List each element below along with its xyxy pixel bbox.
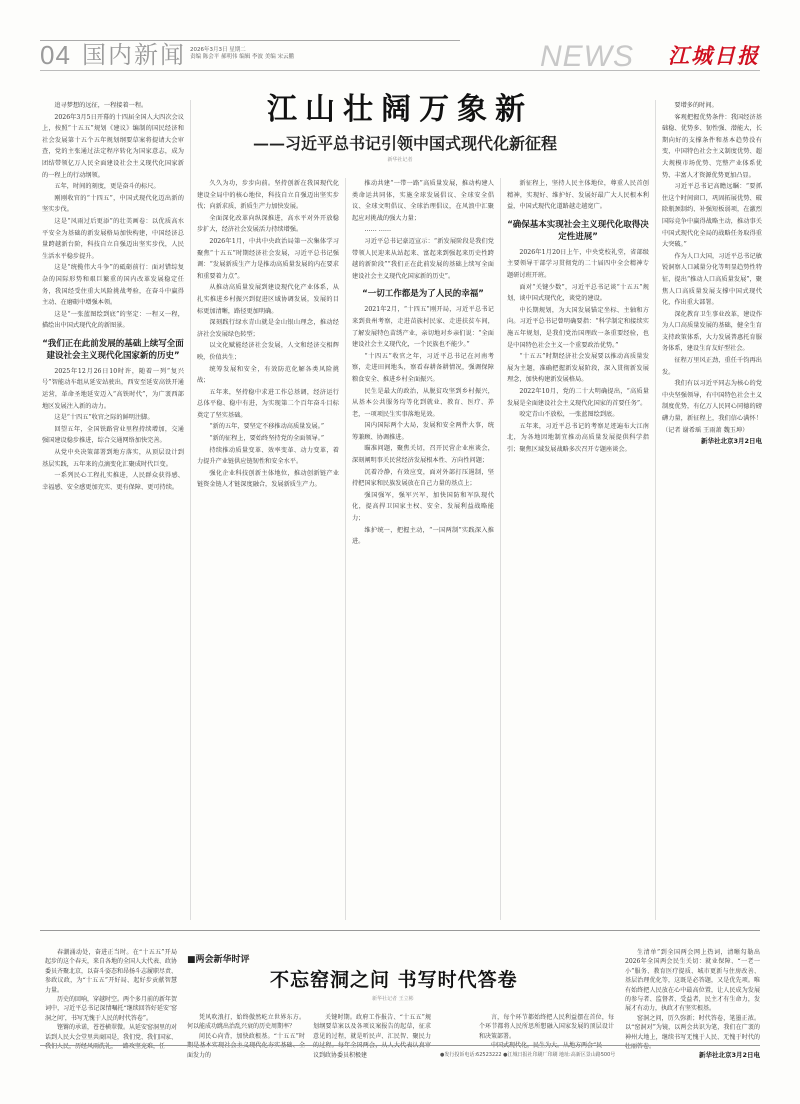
paragraph: 春潮涌动处，奋进正当时。在“十五五”开局起步的这个春天，来自各地的全国人大代表、…: [45, 948, 177, 995]
paragraph: “十五五”时期经济社会发展要以推动高质量发展为主题，准确把握新发展阶段，深入贯彻…: [507, 351, 649, 386]
article-column-5: 要增多的时间。 客观把握优势条件：我国经济基础稳、优势多、韧性强、潜能大，长期向…: [662, 100, 762, 920]
article-byline: 新华社记者: [340, 156, 460, 163]
paragraph: 推动共建“一带一路”高质量发展，推动构建人类命运共同体，实施全球发展倡议、全球安…: [352, 178, 494, 224]
paragraph: 咬定青山不放松，一张蓝图绘到底。: [507, 409, 649, 421]
column-divider: [500, 178, 501, 920]
article-subheadline: ——习近平总书记引领中国式现代化新征程: [240, 134, 570, 154]
paragraph: 2021年2月，“十四五”刚开局，习近平总书记来到贵州考察，走进苗族村民家、走进…: [352, 304, 494, 350]
paragraph: 关键时期。政府工作报告、“十五五”规划纲要草案以及各项议案报告的起草，征求意见的…: [313, 1013, 431, 1060]
paragraph: 2026年1月20日上午，中央党校礼堂，省部级主要领导干部学习贯彻党的二十届四中…: [507, 247, 649, 282]
paragraph: 作为人口大国，习近平总书记敏锐洞察人口减量分化等明显趋势性特征，提出“推动人口高…: [662, 251, 762, 309]
section-subheading: “一切工作都是为了人民的幸福”: [352, 288, 494, 300]
commentary-column-5: 生清单”到全国两会网上热词，清晰勾勒出2026年全国两会民生关切：就业保障、“一…: [625, 948, 760, 1048]
section-subheading: “我们正在此前发展的基础上续写全面建设社会主义现代化国家新的历史”: [42, 338, 184, 362]
paragraph: 回望五年，全国铁路营业里程持续增加，交通强国建设稳步推进，综合交通网络加快完善。: [42, 424, 184, 447]
paragraph: 习近平总书记豪迈宣示：“新发展阶段是我们党带领人民迎来从站起来、富起来到强起来历…: [352, 236, 494, 282]
paragraph: 以文化赋能经济社会发展，人文和经济交相辉映，价值共生；: [197, 340, 339, 363]
paragraph: 强化企业科技创新主体地位，推动创新链产业链资金链人才链深度融合，发展新质生产力。: [197, 468, 339, 491]
header-bottom-rule: [40, 70, 760, 71]
masthead-info: 2026年3月3日 星期二 责编 陈会平 郝明伟 编辑 李波 美编 宋云鹏: [190, 47, 294, 61]
paragraph: 征程万里风正劲，重任千钧再出发。: [662, 355, 762, 378]
paragraph: 统筹发展和安全，有效防范化解各类风险挑战；: [197, 364, 339, 387]
commentary-title: 不忘窑洞之问 书写时代答卷: [270, 965, 518, 992]
paragraph: 这是“十四五”收官之际的鲜明注脚。: [42, 412, 184, 424]
editors-credit: 责编 陈会平 郝明伟 编辑 李波 美编 宋云鹏: [190, 54, 294, 61]
paragraph: 深刻践行绿水青山就是金山银山理念，推动经济社会发展绿色转型；: [197, 317, 339, 340]
page-number: 04: [40, 42, 71, 68]
paragraph: 五年，时间的刻度，更是奋斗的标尺。: [42, 181, 184, 193]
paragraph: 从党中央决策部署到地方落实，从顶层设计到基层实践，五年来的点滴变化汇聚成时代巨变…: [42, 447, 184, 470]
commentary-column-3: 关键时期。政府工作报告、“十五五”规划纲要草案以及各项议案报告的起草，征求意见的…: [313, 1013, 431, 1047]
commentary-column-2: 凭风吹浪打，始终傲然屹立世界东方。何以能成功跳出治乱兴衰的历史周期率？ 问民心向…: [187, 1013, 305, 1047]
paragraph: 国内国际两个大局，发展和安全两件大事，统筹兼顾、协调推进。: [352, 420, 494, 443]
paragraph: 生清单”到全国两会网上热词，清晰勾勒出2026年全国两会民生关切：就业保障、“一…: [625, 948, 760, 1014]
paragraph: 凭风吹浪打，始终傲然屹立世界东方。何以能成功跳出治乱兴衰的历史周期率？: [187, 1013, 305, 1032]
article-column-3: 推动共建“一带一路”高质量发展，推动构建人类命运共同体，实施全球发展倡议、全球安…: [352, 178, 494, 920]
issue-date: 2026年3月3日 星期二: [190, 47, 294, 54]
paragraph: 强国强军，强军兴军，加快国防和军队现代化，提高捍卫国家主权、安全、发展利益战略能…: [352, 490, 494, 525]
paragraph: 面对“关键少数”，习近平总书记谈“十五五”规划，谈中国式现代化，谈党的建设。: [507, 282, 649, 305]
section-name: 国内新闻: [82, 42, 186, 68]
paragraph: 深化教育卫生事业改革，建设作为人口高质量发展的基础，健全生育支持政策体系，大力发…: [662, 309, 762, 355]
paragraph: 瞄准问题，聚焦关切，召开民营企业座谈会，深刻阐明事关民营经济发展根本性、方向性问…: [352, 443, 494, 466]
paragraph: 客观把握优势条件：我国经济基础稳、优势多、韧性强、潜能大，长期向好的支撑条件和基…: [662, 112, 762, 182]
paragraph: 这是“统揽伟大斗争”的砥砺前行：面对错综复杂的国际形势和艰巨繁重的国内改革发展稳…: [42, 262, 184, 308]
commentary-section-label: ■两会新华时评: [187, 952, 250, 965]
footer-divider: [40, 1045, 760, 1046]
paragraph: 这是“一张蓝图绘到底”的坚定：一程又一程，描绘出中国式现代化的新图景。: [42, 309, 184, 332]
paragraph: 刚刚收官的“十四五”，中国式现代化迈出新的坚实步伐。: [42, 193, 184, 216]
paragraph: 维护统一，把握主动，“一国两制”实践深入推进。: [352, 525, 494, 548]
commentary-byline: 新华社记者 王立彬: [372, 995, 414, 1002]
newspaper-logo: 江城日报: [668, 44, 760, 68]
paragraph: 五年来，坚持稳中求进工作总基调，经济运行总体平稳、稳中有进，为实现第二个百年奋斗…: [197, 387, 339, 422]
paragraph: 2025年12月26日10时许，随着一列“复兴号”智能动车组从延安站驶出，西安至…: [42, 366, 184, 412]
paragraph: 2026年1月，中共中央政治局第一次集体学习聚焦“十五五”时期经济社会发展，习近…: [197, 236, 339, 282]
article-column-4: 新征程上，坚持人民主体地位，尊重人民首创精神，实现好、维护好、发展好最广大人民根…: [507, 178, 649, 920]
column-divider: [345, 178, 346, 920]
section-subheading: “确保基本实现社会主义现代化取得决定性进展”: [507, 219, 649, 243]
commentary-intro-column: 春潮涌动处，奋进正当时。在“十五五”开局起步的这个春天，来自各地的全国人大代表、…: [45, 948, 177, 1044]
paragraph: 这是“风雨过后更添”的壮美画卷：以优质高水平安全为基础的新发展格局加快构建，中国…: [42, 216, 184, 262]
article-column-2: 久久为功，步步向前。坚持创新在我国现代化建设全局中的核心地位，科技自立自强迈出坚…: [197, 178, 339, 920]
paragraph: 五年来，习近平总书记的考察足迹遍布大江南北，为各地因地制宜推动高质量发展提供科学…: [507, 421, 649, 456]
column-divider: [655, 100, 656, 920]
paragraph: 2026年3月5日开幕的十四届全国人大四次会议上，按照“十五五”规划《建议》编制…: [42, 112, 184, 182]
paragraph: 一系列民心工程扎实推进，人民群众获得感、幸福感、安全感更加充实、更有保障、更可持…: [42, 470, 184, 493]
paragraph: 新征程上，坚持人民主体地位，尊重人民首创精神，实现好、维护好、发展好最广大人民根…: [507, 178, 649, 213]
paragraph: 追寻梦想的远征，一程接着一程。: [42, 100, 184, 112]
commentary-column-4: 言，每个环节都始终把人民利益摆在首位，每个环节都将人民所思所想融入国家发展的顶层…: [479, 1013, 614, 1047]
article-headline: 江山壮阔万象新: [215, 92, 585, 128]
paragraph: 久久为功，步步向前。坚持创新在我国现代化建设全局中的核心地位，科技自立自强迈出坚…: [197, 178, 339, 213]
paragraph: 民生是最大的政治，从脱贫攻坚到乡村振兴，从基本公共服务均等化到就业、教育、医疗、…: [352, 386, 494, 421]
paragraph: 要增多的时间。: [662, 100, 762, 112]
article-dateline: 新华社北京3月2日电: [701, 436, 762, 448]
news-wordmark: NEWS: [540, 42, 634, 72]
page-footer: ●发行投诉电话:62523222 ●江城日报社印刷厂印刷 地址:高新区景山路50…: [440, 1051, 760, 1058]
paragraph: 中长期规划，为大国发展锚定坐标、主轴和方向。习近平总书记曾明确要指：“科学制定和…: [507, 305, 649, 351]
page-header: 04 国内新闻 2026年3月3日 星期二 责编 陈会平 郝明伟 编辑 李波 美…: [40, 40, 760, 70]
paragraph: 历史的回响，穿越时空。两个多月前的新年贺词中，习近平总书记深情嘱托“继续回答好延…: [45, 995, 177, 1023]
paragraph: 习近平总书记高瞻远瞩：“要抓住这个时间窗口，巩固拓展优势、破除瓶颈制约、补强短板…: [662, 181, 762, 251]
paragraph: 我们有以习近平同志为核心的党中央坚强领导，有中国特色社会主义制度优势，有亿万人民…: [662, 378, 762, 436]
paragraph: 言，每个环节都始终把人民利益摆在首位，每个环节都将人民所思所想融入国家发展的顶层…: [479, 1013, 614, 1041]
paragraph: 2022年10月，党的二十大明确提出，“高质量发展是全面建设社会主义现代化国家的…: [507, 386, 649, 409]
paragraph: 铿锵的承诺，苍苍横翠微。从延安窑洞里的对话到人民大会堂里共商国是，我们党、我们国…: [45, 1023, 177, 1051]
paragraph: 全面深化改革向纵深推进，高水平对外开放稳步扩大，经济社会发展活力持续增强。: [197, 213, 339, 236]
paragraph: “十四五”收官之年，习近平总书记在河南考察，走进田间地头，察看春耕备耕情况，强调…: [352, 351, 494, 386]
paragraph: …… ……: [352, 224, 494, 236]
paragraph: 从推动高质量发展到建设现代化产业体系，从扎实推进乡村振兴到促进区域协调发展，发展…: [197, 282, 339, 317]
paragraph: 持续推动质量变革、效率变革、动力变革，着力提升产业链供应链韧性和安全水平。: [197, 445, 339, 468]
paragraph: 沉着冷静，有效应变，面对外部打压遏制，坚持把国家和民族发展放在自己力量的基点上；: [352, 467, 494, 490]
column-divider: [190, 100, 191, 920]
paragraph: “新的五年，要坚定不移推动高质量发展。”: [197, 421, 339, 433]
paragraph: “新的征程上，要始终坚持党的全面领导。”: [197, 433, 339, 445]
section-divider: [40, 930, 760, 931]
article-column-1: 追寻梦想的远征，一程接着一程。 2026年3月5日开幕的十四届全国人大四次会议上…: [42, 100, 184, 920]
